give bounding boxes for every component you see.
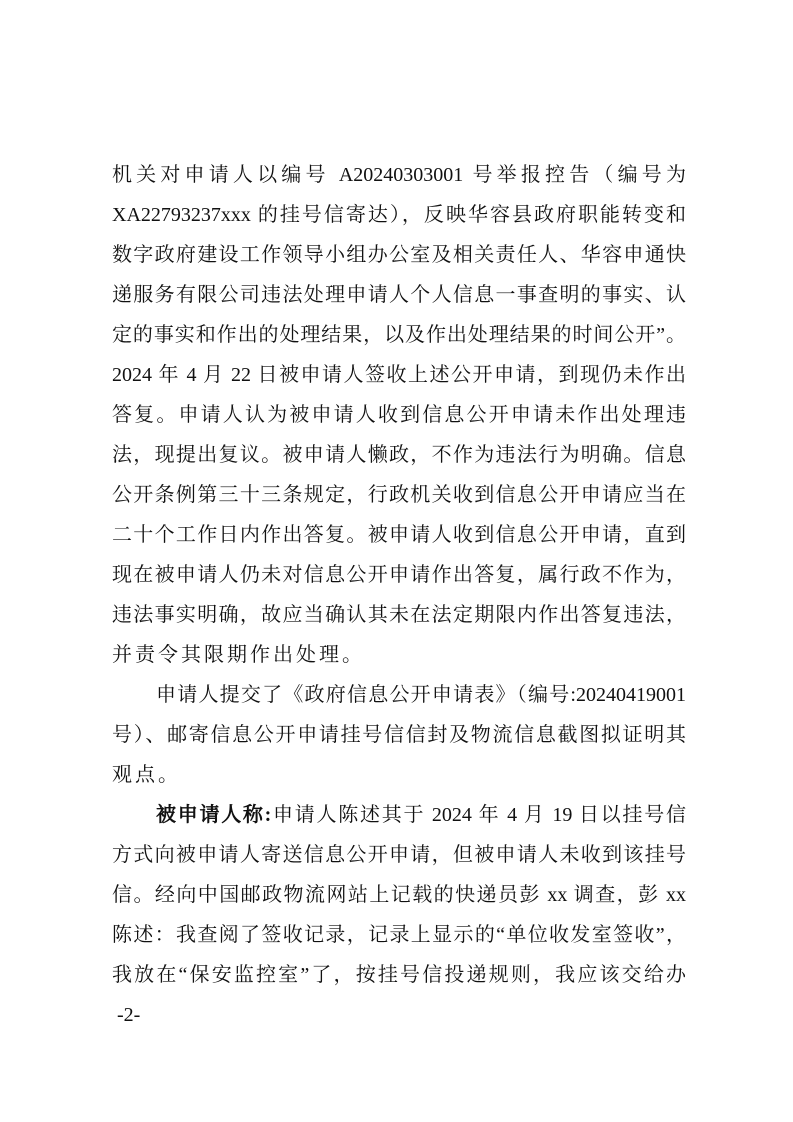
text-line: 机关对申请人以编号 A20240303001 号举报控告（编号为 — [112, 155, 686, 195]
text-line: 被申请人称:申请人陈述其于 2024 年 4 月 19 日以挂号信 — [112, 795, 686, 835]
text-line: 号）、邮寄信息公开申请挂号信信封及物流信息截图拟证明其 — [112, 715, 686, 755]
text-line: 现在被申请人仍未对信息公开申请作出答复，属行政不作为， — [112, 555, 686, 595]
text-line: 法，现提出复议。被申请人懒政，不作为违法行为明确。信息 — [112, 435, 686, 475]
text-line: 信。经向中国邮政物流网站上记载的快递员彭 xx 调查，彭 xx — [112, 875, 686, 915]
text-line: 数字政府建设工作领导小组办公室及相关责任人、华容申通快 — [112, 235, 686, 275]
text-line: 递服务有限公司违法处理申请人个人信息一事查明的事实、认 — [112, 275, 686, 315]
text-line: 陈述：我查阅了签收记录，记录上显示的“单位收发室签收”， — [112, 915, 686, 955]
text-line: 我放在“保安监控室”了，按挂号信投递规则，我应该交给办 — [112, 955, 686, 995]
text-line: 答复。申请人认为被申请人收到信息公开申请未作出处理违 — [112, 395, 686, 435]
text-line: 方式向被申请人寄送信息公开申请，但被申请人未收到该挂号 — [112, 835, 686, 875]
text-line: 申请人提交了《政府信息公开申请表》（编号:20240419001 — [112, 675, 686, 715]
text-line: 2024 年 4 月 22 日被申请人签收上述公开申请，到现仍未作出 — [112, 355, 686, 395]
document-page: 机关对申请人以编号 A20240303001 号举报控告（编号为XA227932… — [0, 0, 793, 1122]
text-line: XA22793237xxx 的挂号信寄达），反映华容县政府职能转变和 — [112, 195, 686, 235]
text-line: 观点。 — [112, 755, 686, 795]
text-line: 二十个工作日内作出答复。被申请人收到信息公开申请，直到 — [112, 515, 686, 555]
page-number: -2- — [117, 995, 140, 1035]
text-line: 并责令其限期作出处理。 — [112, 635, 686, 675]
text-line: 违法事实明确，故应当确认其未在法定期限内作出答复违法， — [112, 595, 686, 635]
text-line: 定的事实和作出的处理结果，以及作出处理结果的时间公开”。 — [112, 315, 686, 355]
text-line: 公开条例第三十三条规定，行政机关收到信息公开申请应当在 — [112, 475, 686, 515]
document-body: 机关对申请人以编号 A20240303001 号举报控告（编号为XA227932… — [112, 155, 686, 995]
bold-lead-in: 被申请人称: — [156, 804, 271, 826]
